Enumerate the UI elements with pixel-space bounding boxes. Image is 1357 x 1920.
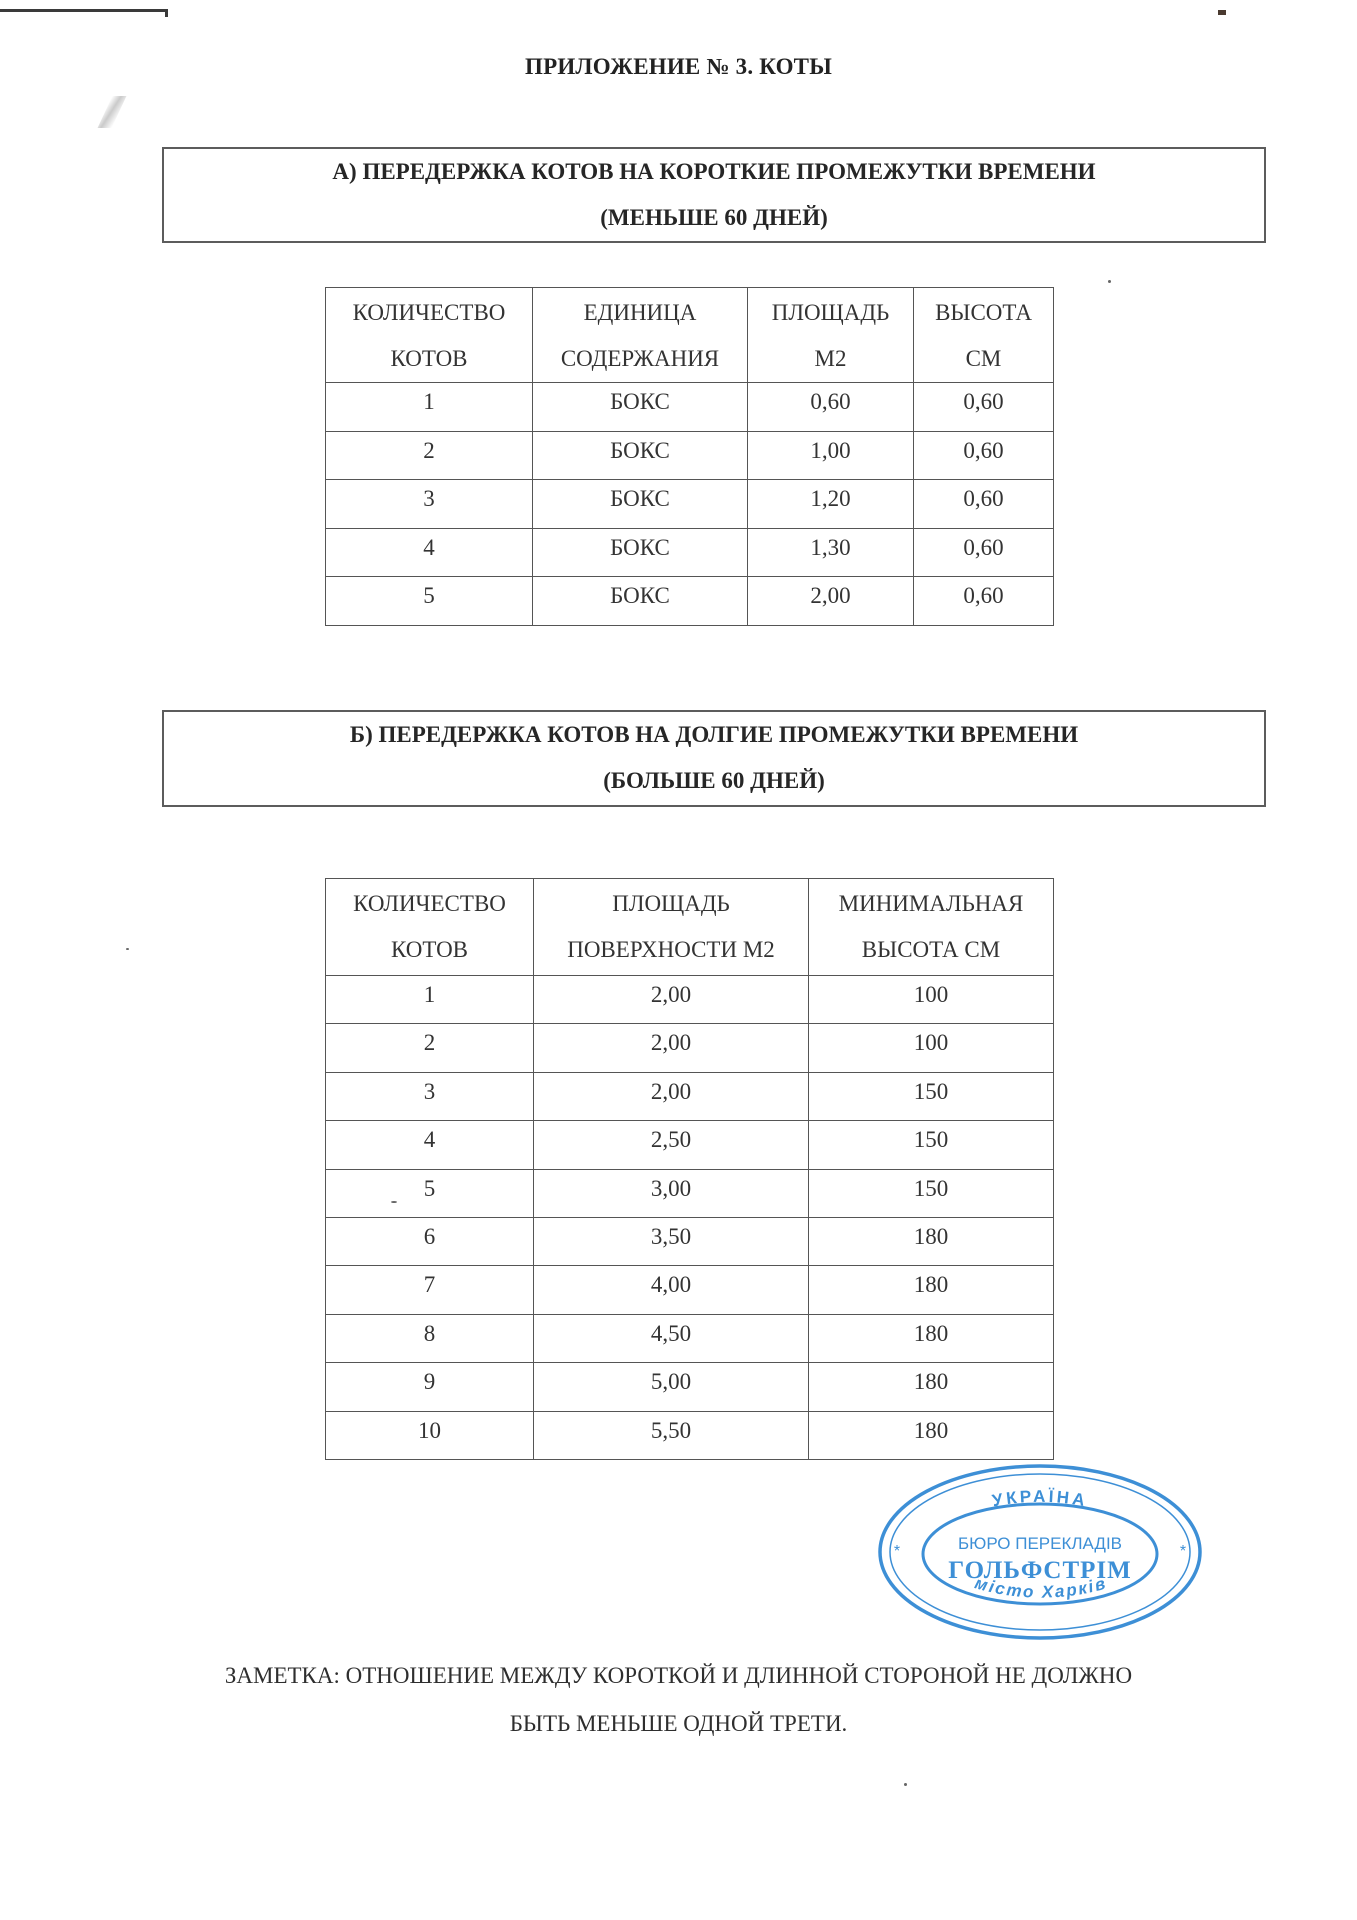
table-cell: 1,00 [748,431,914,480]
table-cell: 4 [326,528,533,577]
note-line2: БЫТЬ МЕНЬШЕ ОДНОЙ ТРЕТИ. [0,1711,1357,1737]
table-row: 42,50150 [326,1121,1054,1169]
stamp-icon: УКРАЇНА місто Харків БЮРО ПЕРЕКЛАДІВ ГОЛ… [877,1462,1203,1642]
table-cell: 0,60 [914,528,1054,577]
long-term-table: КОЛИЧЕСТВОКОТОВ ПЛОЩАДЬПОВЕРХНОСТИ М2 МИ… [325,878,1054,1460]
scan-speck [1218,10,1226,15]
table-cell: 0,60 [914,577,1054,626]
table-cell: 1 [326,383,533,432]
table-cell: 1,30 [748,528,914,577]
table-row: 74,00180 [326,1266,1054,1314]
table-row: 53,00150 [326,1169,1054,1217]
short-term-table: КОЛИЧЕСТВОКОТОВ ЕДИНИЦАСОДЕРЖАНИЯ ПЛОЩАД… [325,287,1054,626]
table-cell: 2,50 [534,1121,809,1169]
table-cell: 180 [809,1363,1054,1411]
column-header: ПЛОЩАДЬМ2 [748,288,914,383]
table-cell: БОКС [533,528,748,577]
table-header-row: КОЛИЧЕСТВОКОТОВ ПЛОЩАДЬПОВЕРХНОСТИ М2 МИ… [326,879,1054,976]
translation-bureau-stamp: УКРАЇНА місто Харків БЮРО ПЕРЕКЛАДІВ ГОЛ… [877,1462,1203,1642]
table-row: 84,50180 [326,1314,1054,1362]
section-a-heading: А) ПЕРЕДЕРЖКА КОТОВ НА КОРОТКИЕ ПРОМЕЖУТ… [162,147,1266,243]
table-cell: 2,00 [534,1072,809,1120]
table-cell: 100 [809,1024,1054,1072]
column-header: МИНИМАЛЬНАЯВЫСОТА СМ [809,879,1054,976]
column-header: ЕДИНИЦАСОДЕРЖАНИЯ [533,288,748,383]
table-row: 3БОКС1,200,60 [326,480,1054,529]
table-row: 4БОКС1,300,60 [326,528,1054,577]
table-cell: 180 [809,1217,1054,1265]
scan-speck [904,1783,907,1786]
section-b-heading-line2: (БОЛЬШЕ 60 ДНЕЙ) [164,758,1264,804]
table-cell: 8 [326,1314,534,1362]
page-fold-artifact [98,96,127,128]
table-cell: 1,20 [748,480,914,529]
table-cell: 180 [809,1411,1054,1459]
table-cell: 1 [326,976,534,1024]
table-cell: 6 [326,1217,534,1265]
table-row: 105,50180 [326,1411,1054,1459]
table-cell: 5,50 [534,1411,809,1459]
short-term-table-body: 1БОКС0,600,602БОКС1,000,603БОКС1,200,604… [326,383,1054,626]
table-cell: БОКС [533,480,748,529]
table-row: 2БОКС1,000,60 [326,431,1054,480]
table-cell: 180 [809,1266,1054,1314]
table-cell: 4,50 [534,1314,809,1362]
svg-text:УКРАЇНА: УКРАЇНА [991,1487,1090,1511]
table-cell: БОКС [533,577,748,626]
table-cell: 4 [326,1121,534,1169]
long-term-table-body: 12,0010022,0010032,0015042,5015053,00150… [326,976,1054,1460]
table-cell: 2,00 [534,976,809,1024]
table-cell: 0,60 [914,383,1054,432]
table-cell: 2,00 [748,577,914,626]
table-cell: 3 [326,480,533,529]
section-a-heading-line1: А) ПЕРЕДЕРЖКА КОТОВ НА КОРОТКИЕ ПРОМЕЖУТ… [164,149,1264,195]
table-cell: 9 [326,1363,534,1411]
section-b-heading: Б) ПЕРЕДЕРЖКА КОТОВ НА ДОЛГИЕ ПРОМЕЖУТКИ… [162,710,1266,807]
table-cell: 3,00 [534,1169,809,1217]
table-cell: 0,60 [914,431,1054,480]
table-cell: 4,00 [534,1266,809,1314]
table-row: 5БОКС2,000,60 [326,577,1054,626]
section-b-heading-line1: Б) ПЕРЕДЕРЖКА КОТОВ НА ДОЛГИЕ ПРОМЕЖУТКИ… [164,712,1264,758]
scan-speck [1108,280,1111,283]
table-row: 32,00150 [326,1072,1054,1120]
column-header: КОЛИЧЕСТВОКОТОВ [326,288,533,383]
table-cell: 2 [326,1024,534,1072]
table-header-row: КОЛИЧЕСТВОКОТОВ ЕДИНИЦАСОДЕРЖАНИЯ ПЛОЩАД… [326,288,1054,383]
table-cell: 3 [326,1072,534,1120]
svg-text:*: * [894,1543,900,1560]
table-cell: 100 [809,976,1054,1024]
table-cell: 5 [326,577,533,626]
column-header: ПЛОЩАДЬПОВЕРХНОСТИ М2 [534,879,809,976]
column-header: КОЛИЧЕСТВОКОТОВ [326,879,534,976]
table-cell: 5,00 [534,1363,809,1411]
table-cell: 7 [326,1266,534,1314]
scan-speck [126,948,129,950]
svg-text:*: * [1180,1543,1186,1560]
table-row: 22,00100 [326,1024,1054,1072]
table-cell: 0,60 [748,383,914,432]
table-cell: БОКС [533,431,748,480]
scan-edge-mark [0,9,168,12]
page-title: ПРИЛОЖЕНИЕ № 3. КОТЫ [0,54,1357,80]
scan-speck [391,1201,397,1203]
table-row: 63,50180 [326,1217,1054,1265]
table-row: 95,00180 [326,1363,1054,1411]
table-cell: 180 [809,1314,1054,1362]
table-cell: 0,60 [914,480,1054,529]
table-row: 1БОКС0,600,60 [326,383,1054,432]
table-cell: 10 [326,1411,534,1459]
table-cell: 5 [326,1169,534,1217]
svg-text:ГОЛЬФСТРІМ: ГОЛЬФСТРІМ [948,1557,1131,1584]
column-header: ВЫСОТАСМ [914,288,1054,383]
table-cell: 2,00 [534,1024,809,1072]
table-cell: 3,50 [534,1217,809,1265]
svg-text:БЮРО ПЕРЕКЛАДІВ: БЮРО ПЕРЕКЛАДІВ [958,1534,1122,1553]
table-cell: 150 [809,1121,1054,1169]
table-row: 12,00100 [326,976,1054,1024]
table-cell: 150 [809,1169,1054,1217]
note-line1: ЗАМЕТКА: ОТНОШЕНИЕ МЕЖДУ КОРОТКОЙ И ДЛИН… [0,1663,1357,1689]
table-cell: 150 [809,1072,1054,1120]
section-a-heading-line2: (МЕНЬШЕ 60 ДНЕЙ) [164,195,1264,241]
table-cell: 2 [326,431,533,480]
table-cell: БОКС [533,383,748,432]
